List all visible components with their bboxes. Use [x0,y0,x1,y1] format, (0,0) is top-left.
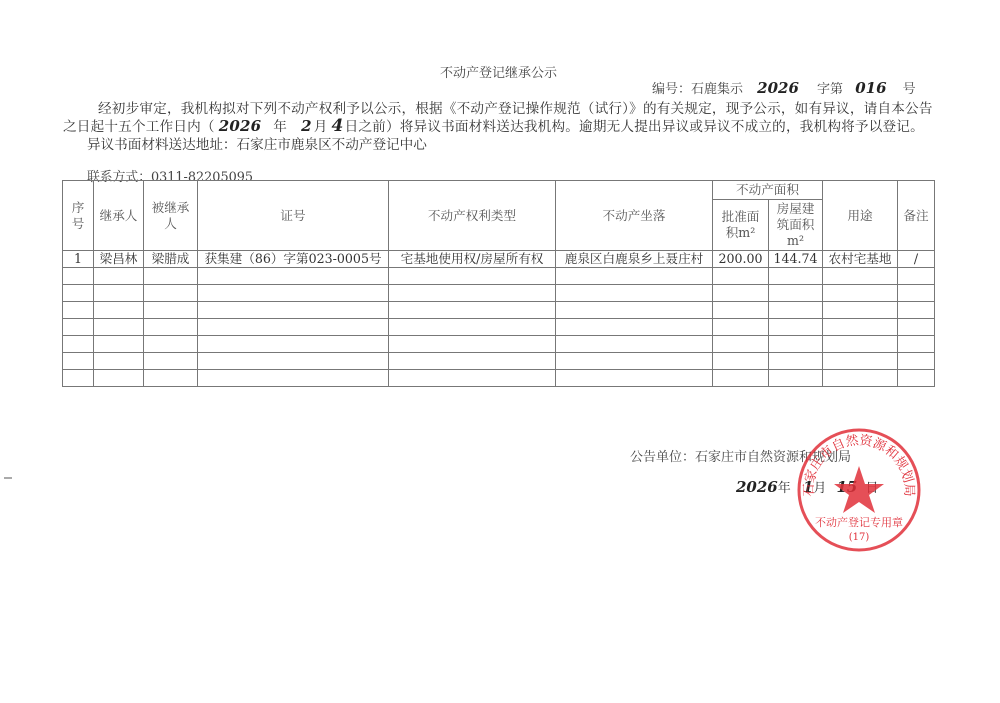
cell-empty [769,336,823,353]
cell-empty [713,370,769,387]
cell-right-type: 宅基地使用权/房屋所有权 [389,251,556,268]
cell-empty [144,336,198,353]
cell-empty [823,353,898,370]
cell-empty [823,336,898,353]
cell-empty [63,353,94,370]
cell-empty [898,370,935,387]
cell-empty [556,285,713,302]
cell-empty [898,268,935,285]
cell-empty [63,268,94,285]
cell-empty [898,302,935,319]
header-location: 不动产坐落 [556,181,713,251]
cell-empty [898,336,935,353]
seal-inner-text: 不动产登记专用章 [815,515,903,529]
document-number: 编号：石鹿集示 2026 字第 016 号 [652,78,916,97]
deadline-text-end: 日之前）将异议书面材料送达我机构。逾期无人提出异议或异议不成立的，我机构将予以登… [345,119,924,135]
cell-empty [63,285,94,302]
notice-paragraph-1: 经初步审定，我机构拟对下列不动产权利予以公示，根据《不动产登记操作规范（试行）》… [98,97,933,117]
seal-star-icon [834,466,884,513]
header-heir: 继承人 [94,181,144,251]
cell-empty [769,370,823,387]
cell-empty [63,336,94,353]
cell-empty [63,370,94,387]
cell-cert-no: 获集建（86）字第023-0005号 [198,251,389,268]
cell-empty [898,319,935,336]
header-cert-no: 证号 [198,181,389,251]
table-row-empty [63,268,935,285]
cell-empty [198,319,389,336]
cell-empty [198,370,389,387]
cell-empty [198,268,389,285]
number-suffix: 号 [903,82,916,97]
table-row-empty [63,353,935,370]
cell-empty [823,302,898,319]
cell-empty [556,353,713,370]
inheritance-table: 序号 继承人 被继承人 证号 不动产权利类型 不动产坐落 不动产面积 用途 备注… [62,180,935,387]
cell-empty [63,319,94,336]
table-row: 1梁昌林梁腊成获集建（86）字第023-0005号宅基地使用权/房屋所有权鹿泉区… [63,251,935,268]
cell-empty [144,370,198,387]
cell-empty [556,370,713,387]
cell-empty [556,268,713,285]
cell-empty [144,285,198,302]
table-row-empty [63,370,935,387]
cell-empty [556,336,713,353]
number-prefix: 编号：石鹿集示 [652,82,743,97]
cell-empty [769,302,823,319]
cell-empty [144,302,198,319]
cell-empty [389,285,556,302]
cell-empty [713,319,769,336]
seal-number: (17) [849,532,870,543]
date-year-handwritten: 2026 [736,478,778,496]
cell-building-area: 144.74 [769,251,823,268]
cell-empty [198,353,389,370]
cell-empty [823,268,898,285]
table-row-empty [63,302,935,319]
header-remarks: 备注 [898,181,935,251]
cell-empty [94,268,144,285]
cell-empty [198,336,389,353]
cell-decedent: 梁腊成 [144,251,198,268]
cell-empty [769,319,823,336]
header-seq: 序号 [63,181,94,251]
cell-empty [556,302,713,319]
cell-usage: 农村宅基地 [823,251,898,268]
cell-empty [823,319,898,336]
cell-empty [389,268,556,285]
cell-empty [94,285,144,302]
table-row-empty [63,336,935,353]
cell-empty [144,268,198,285]
cell-empty [389,370,556,387]
cell-empty [823,285,898,302]
cell-empty [898,353,935,370]
scan-mark [4,477,12,479]
cell-empty [898,285,935,302]
cell-empty [144,319,198,336]
cell-empty [94,302,144,319]
cell-empty [556,319,713,336]
official-seal: 石家庄市自然资源和规划局 不动产登记专用章 (17) [795,426,923,554]
cell-empty [389,319,556,336]
cell-empty [823,370,898,387]
date-year-label: 年 [778,481,791,496]
cell-remarks: / [898,251,935,268]
number-serial-handwritten: 016 [855,79,886,97]
cell-empty [713,353,769,370]
cell-empty [198,285,389,302]
cell-empty [713,336,769,353]
cell-approved-area: 200.00 [713,251,769,268]
cell-empty [389,302,556,319]
cell-empty [389,353,556,370]
objection-address: 异议书面材料送达地址：石家庄市鹿泉区不动产登记中心 [87,133,427,153]
cell-empty [769,268,823,285]
header-right-type: 不动产权利类型 [389,181,556,251]
header-decedent: 被继承人 [144,181,198,251]
table-row-empty [63,285,935,302]
cell-empty [713,268,769,285]
cell-empty [144,353,198,370]
number-year-handwritten: 2026 [757,79,799,97]
header-area-group: 不动产面积 [713,181,823,200]
header-building-area: 房屋建筑面积m² [769,200,823,251]
cell-empty [198,302,389,319]
cell-empty [63,302,94,319]
cell-empty [389,336,556,353]
cell-empty [769,353,823,370]
cell-empty [769,285,823,302]
header-usage: 用途 [823,181,898,251]
table-row-empty [63,319,935,336]
cell-empty [713,285,769,302]
document-title: 不动产登记继承公示 [440,62,557,81]
cell-empty [94,319,144,336]
number-mid: 字第 [817,82,843,97]
cell-empty [94,336,144,353]
cell-heir: 梁昌林 [94,251,144,268]
cell-empty [713,302,769,319]
header-approved-area: 批准面积m² [713,200,769,251]
cell-location: 鹿泉区白鹿泉乡上聂庄村 [556,251,713,268]
cell-empty [94,370,144,387]
cell-seq: 1 [63,251,94,268]
cell-empty [94,353,144,370]
